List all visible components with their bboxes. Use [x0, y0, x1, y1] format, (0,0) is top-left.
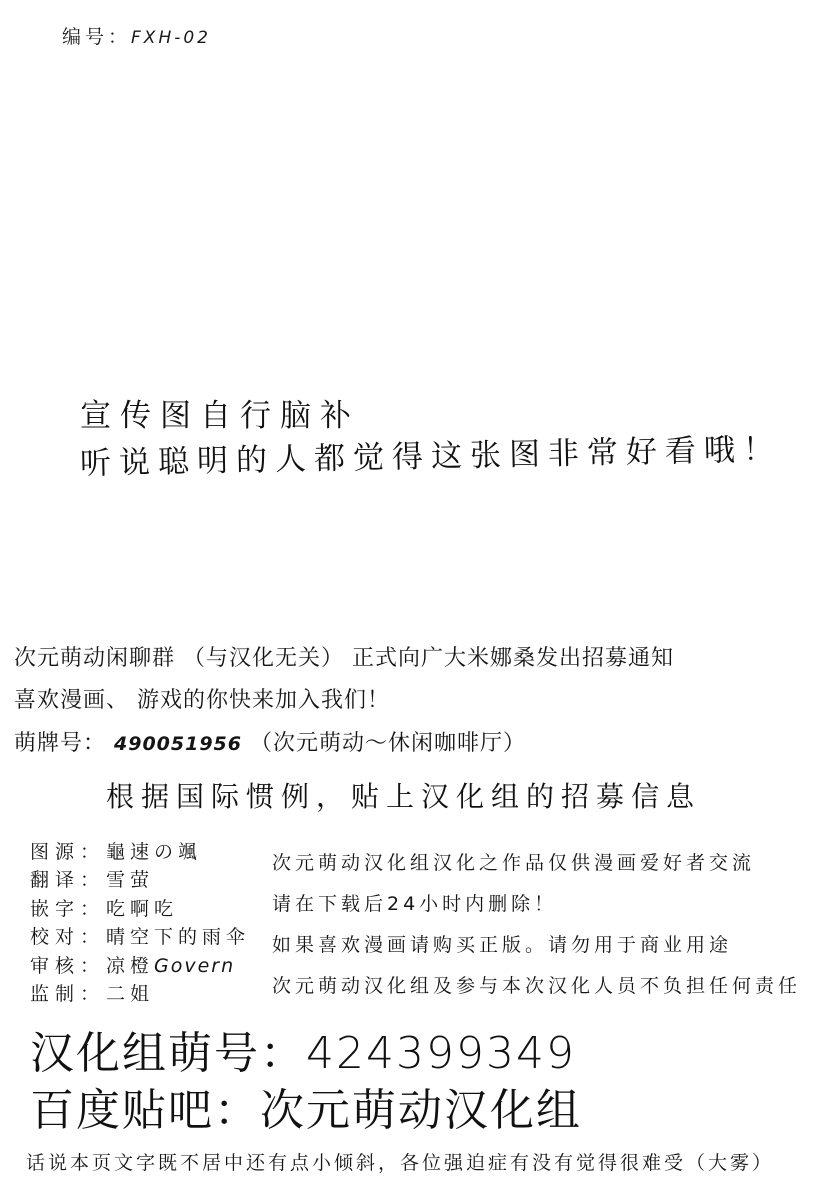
footer-note: 话说本页文字既不居中还有点小倾斜，各位强迫症有没有觉得很难受（大雾）	[26, 1148, 774, 1175]
credit-name: 雪萤	[106, 865, 154, 892]
credit-name: 龜速の颯	[106, 837, 202, 864]
disclaimer-line: 次元萌动汉化组汉化之作品仅供漫画爱好者交流	[272, 848, 801, 889]
recruit-line-2: 喜欢漫画、 游戏的你快来加入我们！	[14, 683, 390, 714]
credit-row-translator: 翻译： 雪萤	[30, 865, 250, 894]
page-code: 编号：FXH-02	[62, 22, 211, 49]
page-code-value: FXH-02	[131, 28, 211, 48]
group-number-label: 萌牌号：	[14, 731, 114, 756]
credit-name-latin: Govern	[154, 955, 235, 977]
page-code-label: 编号：	[62, 26, 131, 48]
credit-name: 凉橙Govern	[106, 951, 235, 978]
baidu-tieba: 百度贴吧：次元萌动汉化组	[30, 1074, 582, 1138]
recruit-line-3: 萌牌号： 490051956 （次元萌动～休闲咖啡厅）	[14, 726, 526, 757]
credit-row-reviewer: 审核： 凉橙Govern	[30, 950, 250, 979]
scanlation-group-qq: 汉化组萌号：424399349	[30, 1017, 576, 1081]
credit-role: 图源：	[30, 837, 106, 864]
disclaimer-line: 如果喜欢漫画请购买正版。请勿用于商业用途	[272, 930, 801, 971]
credit-name: 二姐	[106, 979, 154, 1006]
credit-name-cjk: 凉橙	[106, 955, 154, 977]
group-name: （次元萌动～休闲咖啡厅）	[242, 731, 526, 756]
credit-role: 翻译：	[30, 865, 106, 892]
credit-role: 审核：	[30, 951, 106, 978]
disclaimer-block: 次元萌动汉化组汉化之作品仅供漫画爱好者交流 请在下载后24小时内删除！ 如果喜欢…	[272, 848, 801, 1012]
group-number: 490051956	[114, 733, 242, 755]
disclaimer-line: 请在下载后24小时内删除！	[272, 889, 801, 930]
recruit-line-1: 次元萌动闲聊群 （与汉化无关） 正式向广大米娜桑发出招募通知	[14, 641, 674, 672]
disclaimer-line: 次元萌动汉化组及参与本次汉化人员不负担任何责任	[272, 971, 801, 1012]
convention-heading: 根据国际惯例，贴上汉化组的招募信息	[106, 775, 701, 815]
credit-name: 吃啊吃	[106, 894, 178, 921]
credit-row-source: 图源： 龜速の颯	[30, 836, 250, 865]
credits-list: 图源： 龜速の颯 翻译： 雪萤 嵌字： 吃啊吃 校对： 晴空下的雨伞 审核： 凉…	[30, 836, 250, 1007]
credit-row-supervisor: 监制： 二姐	[30, 979, 250, 1008]
credit-role: 监制：	[30, 979, 106, 1006]
credit-row-proofreader: 校对： 晴空下的雨伞	[30, 922, 250, 951]
promo-line-1: 宣传图自行脑补	[80, 390, 360, 435]
credit-role: 嵌字：	[30, 894, 106, 921]
credit-name: 晴空下的雨伞	[106, 922, 250, 949]
credit-row-typesetter: 嵌字： 吃啊吃	[30, 893, 250, 922]
credit-role: 校对：	[30, 922, 106, 949]
